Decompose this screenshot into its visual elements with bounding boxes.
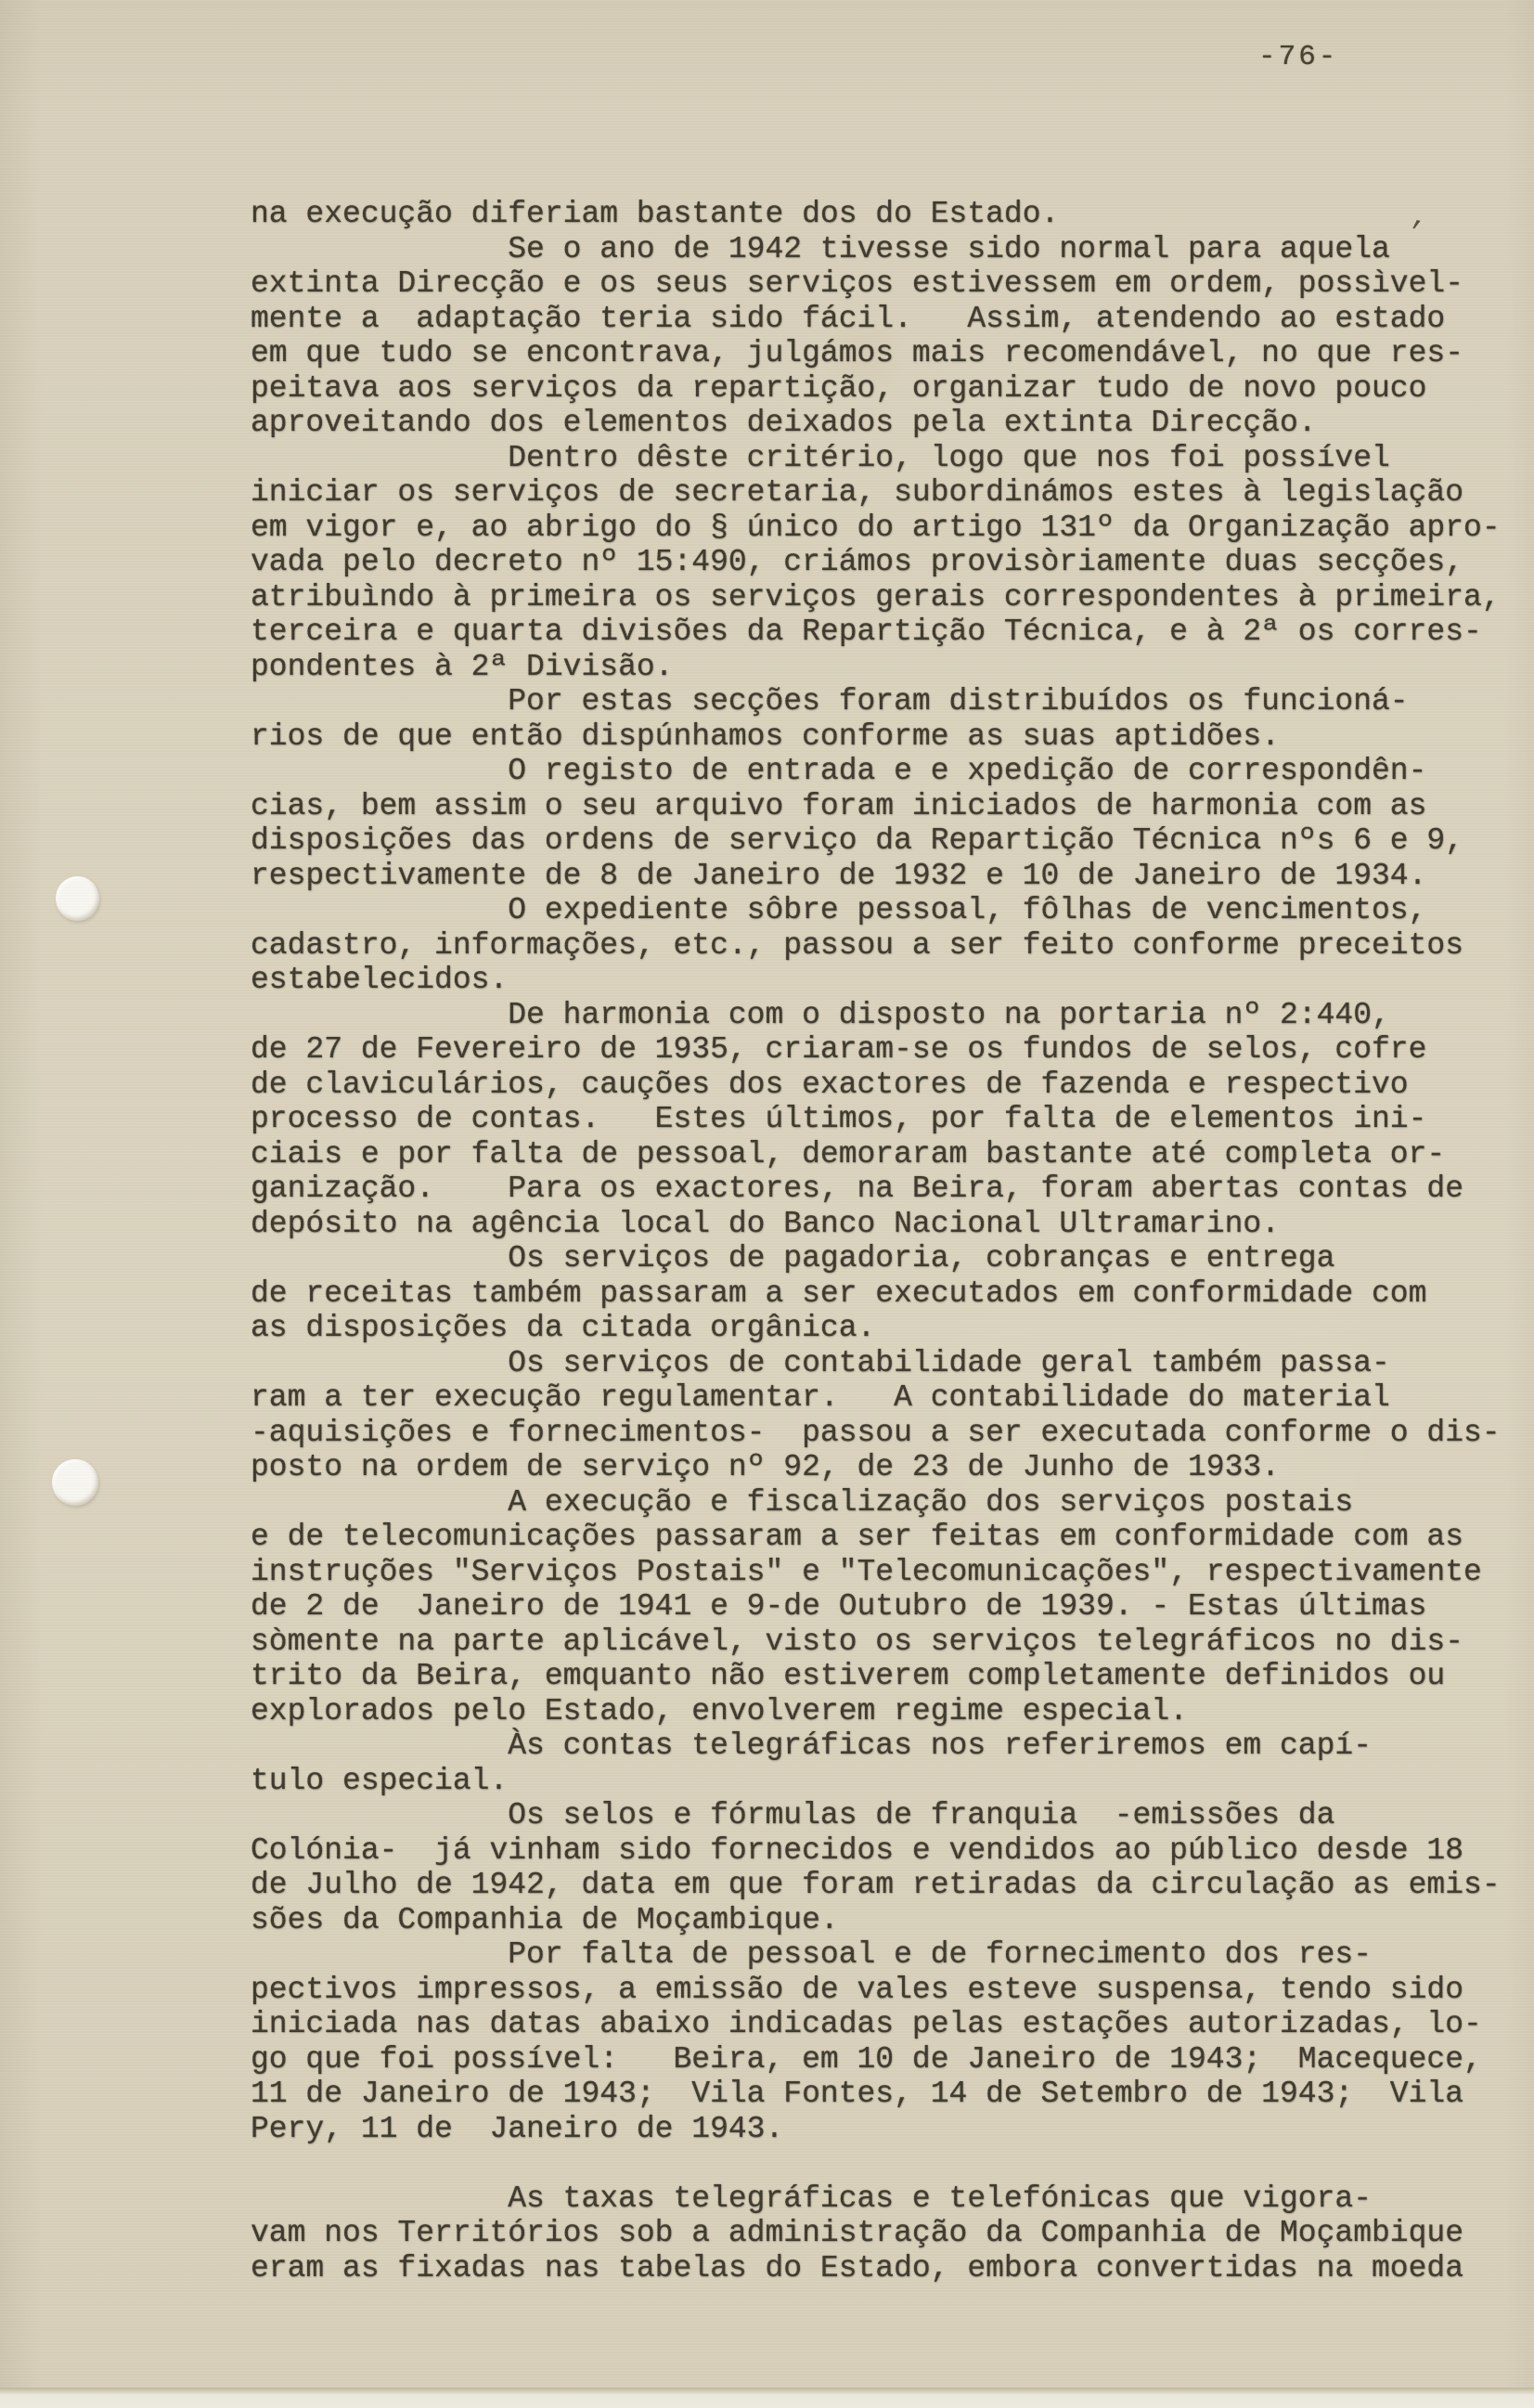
text-line: Colónia- já vinham sido fornecidos e ven…: [251, 1833, 1534, 1869]
text-line: de 27 de Fevereiro de 1935, criaram-se o…: [251, 1032, 1534, 1068]
text-line: O registo de entrada e e xpedição de cor…: [251, 754, 1534, 789]
text-line: vam nos Territórios sob a administração …: [251, 2216, 1534, 2251]
text-line: cadastro, informações, etc., passou a se…: [251, 928, 1534, 964]
text-line: as disposições da citada orgânica.: [251, 1311, 1534, 1346]
text-line: pondentes à 2ª Divisão.: [251, 650, 1534, 685]
text-line: depósito na agência local do Banco Nacio…: [251, 1207, 1534, 1242]
punch-hole-bottom: [52, 1459, 98, 1506]
text-line: rios de que então dispúnhamos conforme a…: [251, 719, 1534, 755]
text-line: cias, bem assim o seu arquivo foram inic…: [251, 789, 1534, 824]
text-line: peitava aos serviços da repartição, orga…: [251, 371, 1534, 407]
text-line: terceira e quarta divisões da Repartição…: [251, 615, 1534, 650]
text-line: e de telecomunicações passaram a ser fei…: [251, 1520, 1534, 1555]
text-line: pectivos impressos, a emissão de vales e…: [251, 1973, 1534, 2008]
text-line: go que foi possível: Beira, em 10 de Jan…: [251, 2042, 1534, 2078]
text-line: processo de contas. Estes últimos, por f…: [251, 1102, 1534, 1137]
text-line: As taxas telegráficas e telefónicas que …: [251, 2181, 1534, 2217]
text-line: eram as fixadas nas tabelas do Estado, e…: [251, 2251, 1534, 2286]
text-line: de Julho de 1942, data em que foram reti…: [251, 1868, 1534, 1903]
text-line: em que tudo se encontrava, julgámos mais…: [251, 336, 1534, 371]
text-line: mente a adaptação teria sido fácil. Assi…: [251, 302, 1534, 337]
text-line: [251, 2146, 1534, 2181]
text-line: iniciada nas datas abaixo indicadas pela…: [251, 2007, 1534, 2042]
text-line: Por estas secções foram distribuídos os …: [251, 684, 1534, 719]
text-line: estabelecidos.: [251, 963, 1534, 998]
text-line: em vigor e, ao abrigo do § único do arti…: [251, 511, 1534, 546]
text-line: de 2 de Janeiro de 1941 e 9-de Outubro d…: [251, 1589, 1534, 1625]
text-line: Dentro dêste critério, logo que nos foi …: [251, 441, 1534, 476]
text-line: Os serviços de contabilidade geral també…: [251, 1346, 1534, 1381]
text-line: extinta Direcção e os seus serviços esti…: [251, 266, 1534, 302]
text-line: atribuìndo à primeira os serviços gerais…: [251, 580, 1534, 615]
text-line: sòmente na parte aplicável, visto os ser…: [251, 1625, 1534, 1660]
text-line: sões da Companhia de Moçambique.: [251, 1903, 1534, 1938]
text-line: respectivamente de 8 de Janeiro de 1932 …: [251, 859, 1534, 894]
text-line: de receitas também passaram a ser execut…: [251, 1276, 1534, 1312]
text-line: 11 de Janeiro de 1943; Vila Fontes, 14 d…: [251, 2077, 1534, 2112]
text-line: Se o ano de 1942 tivesse sido normal par…: [251, 232, 1534, 267]
text-line: aproveitando dos elementos deixados pela…: [251, 406, 1534, 441]
paper-bottom-edge: [0, 2388, 1534, 2408]
text-line: O expediente sôbre pessoal, fôlhas de ve…: [251, 893, 1534, 928]
text-line: Pery, 11 de Janeiro de 1943.: [251, 2112, 1534, 2147]
text-line: de claviculários, cauções dos exactores …: [251, 1068, 1534, 1103]
text-line: iniciar os serviços de secretaria, subor…: [251, 475, 1534, 511]
text-line: De harmonia com o disposto na portaria n…: [251, 998, 1534, 1033]
text-line: ciais e por falta de pessoal, demoraram …: [251, 1137, 1534, 1172]
text-body: na execução diferiam bastante dos do Est…: [251, 197, 1534, 2285]
text-line: -aquisições e fornecimentos- passou a se…: [251, 1416, 1534, 1451]
text-line: Às contas telegráficas nos referiremos e…: [251, 1728, 1534, 1764]
document-page: -76- , na execução diferiam bastante dos…: [0, 0, 1534, 2388]
text-line: na execução diferiam bastante dos do Est…: [251, 197, 1534, 232]
text-line: vada pelo decreto nº 15:490, criámos pro…: [251, 545, 1534, 580]
page-number: -76-: [1258, 41, 1338, 73]
text-line: Os selos e fórmulas de franquia -emissõe…: [251, 1798, 1534, 1833]
text-line: ram a ter execução regulamentar. A conta…: [251, 1380, 1534, 1416]
text-line: A execução e fiscalização dos serviços p…: [251, 1485, 1534, 1521]
punch-hole-top: [56, 876, 99, 921]
text-line: trito da Beira, emquanto não estiverem c…: [251, 1659, 1534, 1694]
text-line: explorados pelo Estado, envolverem regim…: [251, 1694, 1534, 1729]
text-line: Os serviços de pagadoria, cobranças e en…: [251, 1241, 1534, 1276]
text-line: Por falta de pessoal e de fornecimento d…: [251, 1937, 1534, 1973]
text-line: instruções "Serviços Postais" e "Telecom…: [251, 1555, 1534, 1590]
text-line: disposições das ordens de serviço da Rep…: [251, 823, 1534, 859]
text-line: ganização. Para os exactores, na Beira, …: [251, 1172, 1534, 1207]
text-line: tulo especial.: [251, 1764, 1534, 1799]
text-line: posto na ordem de serviço nº 92, de 23 d…: [251, 1450, 1534, 1485]
